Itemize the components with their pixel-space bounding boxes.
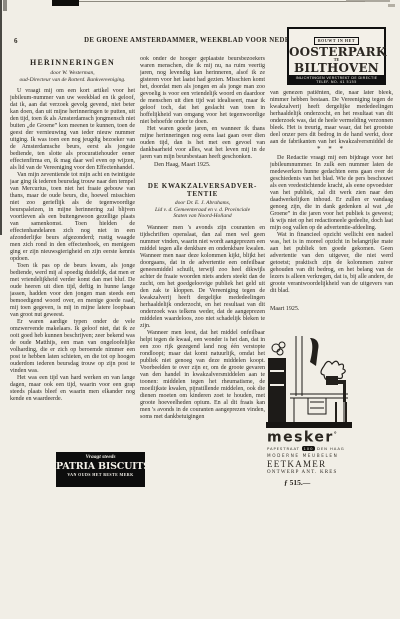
byline-function: Staten van Noord-Holland [140,213,265,220]
scan-edge-artifact [0,0,2,235]
patria-tagline: Vraagt steeds [56,454,145,461]
paragraph: Het waren goede jaren, en wanneer ik tha… [140,126,265,161]
section-separator: * * * [270,146,393,153]
article-signoff: Maart 1925. [270,306,299,313]
patria-biscuits-ad: Vraagt steeds PATRIA BISCUITS VAN OUDS H… [56,452,145,487]
oosterpark-phone-line: TELEF. NO. 41 5155 [287,80,386,85]
article-signoff: Den Haag, Maart 1925. [154,162,265,169]
article-body-left: U vraagt mij om een kort artikel voor he… [10,88,135,403]
byline-block: door W. Westerman, oud-Directeur van de … [10,70,135,83]
mesker-logo-text: mesker [267,430,334,446]
mesker-city: den haag [317,446,345,451]
newspaper-page: { "page": { "number": "6", "masthead": "… [0,0,400,619]
scan-smudge-artifact [346,0,390,2]
column-right-bottom: De Redactie vraagt mij een bijdrage voor… [270,155,393,303]
oosterpark-bilthoven-ad: BOUWT IN HET OOSTERPARK TE BILTHOVEN INL… [287,27,386,85]
mesker-logo-mark: ° [334,431,339,438]
oosterpark-contact: INLICHTINGEN VERSTREKT DE DIRECTIE TELEF… [287,75,386,85]
column-left: HERINNERINGEN door W. Westerman, oud-Dir… [10,56,135,448]
paragraph: U vraagt mij om een kort artikel voor he… [10,88,135,172]
mesker-moderne-meubelen: moderne meubelen [267,453,354,458]
paragraph: Van mijn zeventiende tot mijn acht en tw… [10,172,135,263]
column-right-top: van genezen patiënten, die, naar later b… [270,90,393,145]
article-body-middle-continuation: ook onder de hooger geplaatste beursbezo… [140,56,265,161]
column-middle: ook onder de hooger geplaatste beursbezo… [140,56,265,493]
paragraph: Wat in financieel opzicht wellicht een n… [270,232,393,295]
mesker-number: 100 [302,446,315,451]
scan-line-artifact [79,1,365,2]
mesker-address: papestraat 100 den haag [267,446,354,451]
paragraph: Toen ik pas op de beurs kwam, als jonge … [10,263,135,319]
eetkamer-illustration [266,336,352,428]
paragraph: van genezen patiënten, die, naar later b… [270,90,393,145]
paragraph: De Redactie vraagt mij een bijdrage voor… [270,155,393,232]
scan-smudge-artifact [388,4,395,7]
paragraph: Wanneer men 's avonds zijn couranten en … [140,225,265,330]
article-title-kwakzalvers-line2: TENTIE [140,190,265,198]
mesker-furniture-ad: mesker° papestraat 100 den haag moderne … [266,336,354,487]
byline-block: door Dr. E. J. Abrahams, Lid v. d. Gemee… [140,200,265,220]
mesker-street: papestraat [267,446,300,451]
mesker-eetkamer: EETKAMER [267,459,354,469]
article-body-kwakzalvers: Wanneer men 's avonds zijn couranten en … [140,225,265,421]
mesker-price: ƒ 515.— [284,478,354,487]
oosterpark-ad-panel: BOUWT IN HET OOSTERPARK TE BILTHOVEN [289,29,384,75]
paragraph: ook onder de hooger geplaatste beursbezo… [140,56,265,126]
patria-slogan: VAN OUDS HET BESTE MERK [56,472,145,478]
oosterpark-place: BILTHOVEN [289,63,384,74]
mesker-ontwerp: ONTWERP ANT. KRES [267,470,354,475]
oosterpark-label: BOUWT IN HET [314,37,359,45]
article-title-herinneringen: HERINNERINGEN [10,58,135,67]
paragraph: Wanneer men leest, dat het middel onfeil… [140,330,265,421]
mesker-logo: mesker° [267,428,354,445]
article-title-kwakzalvers-line1: DE KWAKZALVERSADVER- [140,182,265,190]
scan-dash-artifact [52,0,79,6]
scan-corner-artifact [3,0,7,11]
paragraph: Het was een tijd van hard werken en van … [10,375,135,403]
paragraph: Er waren aardige typen onder de vele omz… [10,319,135,375]
page-number: 6 [14,37,18,45]
byline-function: oud-Directeur van de Rotterd. Bankvereen… [10,77,135,84]
patria-brand: PATRIA BISCUITS [56,461,145,472]
